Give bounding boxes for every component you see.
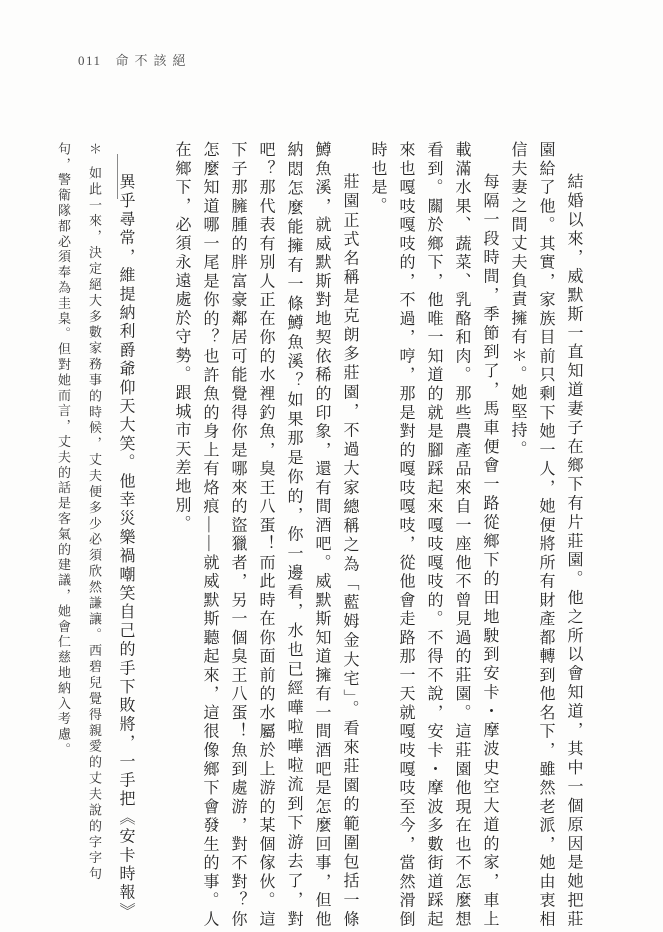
footnote-divider (117, 154, 118, 199)
paragraph-1: 結婚以來，威默斯一直知道妻子在鄉下有片莊園。他之所以會知道，其中一個原因是她把莊… (503, 141, 587, 929)
footnote: ＊如此一來，決定絕大多數家務事的時候，丈夫便多少必須欣然謙讓。西碧兒覺得親愛的丈… (48, 142, 110, 882)
footnote-paragraph: ＊如此一來，決定絕大多數家務事的時候，丈夫便多少必須欣然謙讓。西碧兒覺得親愛的丈… (48, 142, 110, 882)
paragraph-4: 異乎尋常，維提納利爵爺仰天大笑。他幸災樂禍嘲笑自己的手下敗將，一手把《安卡時報》 (111, 141, 139, 929)
footnote-text: 如此一來，決定絕大多數家務事的時候，丈夫便多少必須欣然謙讓。西碧兒覺得親愛的丈夫… (56, 142, 102, 882)
footnote-marker: ＊ (87, 142, 102, 158)
book-page: 011 命不該絕 結婚以來，威默斯一直知道妻子在鄉下有片莊園。他之所以會知道，其… (0, 0, 663, 932)
paragraph-2: 每隔一段時間，季節到了，馬車便會一路從鄉下的田地駛到安卡・摩波史空大道的家，車上… (363, 141, 503, 929)
body-text: 結婚以來，威默斯一直知道妻子在鄉下有片莊園。他之所以會知道，其中一個原因是她把莊… (111, 141, 587, 929)
paragraph-3: 莊園正式名稱是克朗多莊園，不過大家總稱之為「藍姆金大宅」。看來莊園的範圍包括一條… (167, 141, 363, 929)
book-title: 命不該絕 (116, 50, 192, 69)
running-header: 011 命不該絕 (78, 50, 192, 69)
page-number: 011 (78, 53, 102, 69)
